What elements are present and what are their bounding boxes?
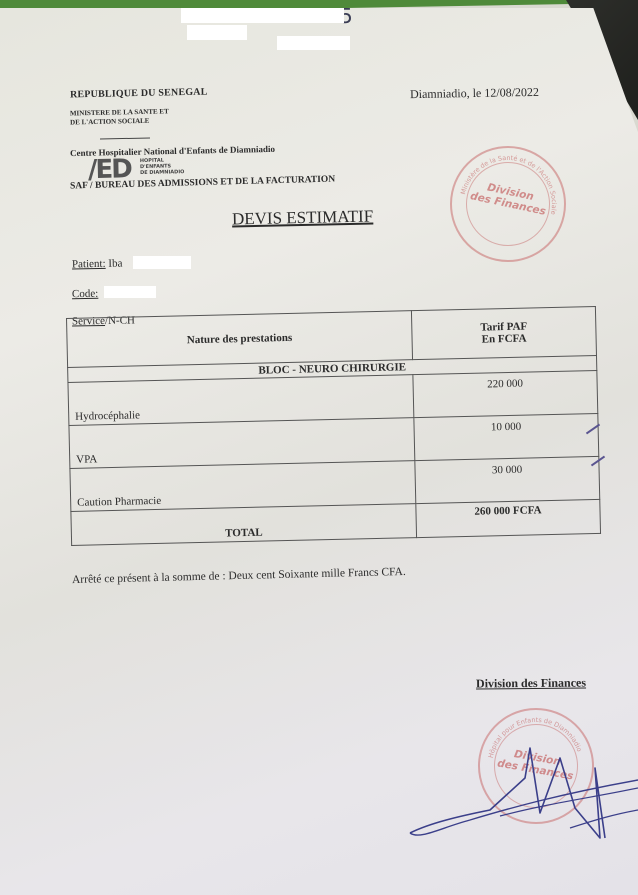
row-amount: 30 000	[415, 456, 600, 503]
code-field: Code:	[72, 288, 98, 300]
patient-value: Iba	[108, 258, 122, 270]
patient-field: Patient: Iba	[72, 258, 123, 271]
logo-text: HOPITAL D'ENFANTS DE DIAMNIADIO	[140, 157, 185, 176]
header-divider	[100, 137, 150, 139]
place-date: Diamniadio, le 12/08/2022	[410, 85, 539, 102]
total-label: TOTAL	[71, 504, 417, 546]
redaction-box	[187, 25, 247, 40]
document-title: DEVIS ESTIMATIF	[232, 207, 374, 230]
services-table: Nature des prestations Tarif PAF En FCFA…	[66, 306, 601, 546]
country-heading: REPUBLIQUE DU SENEGAL	[70, 87, 208, 101]
redaction-box	[104, 286, 156, 298]
amount-in-words: Arrêté ce présent à la somme de : Deux c…	[72, 566, 406, 586]
patient-label: Patient:	[72, 258, 106, 271]
document-paper: 5 T REPUBLIQUE DU SENEGAL MINISTERE DE L…	[0, 8, 638, 895]
code-label: Code:	[72, 288, 98, 300]
redaction-box	[133, 256, 191, 269]
redaction-box	[277, 36, 350, 50]
row-amount: 10 000	[414, 413, 599, 460]
header-nature: Nature des prestations	[67, 311, 413, 368]
ministry-heading: MINISTERE DE LA SANTE ET DE L'ACTION SOC…	[70, 107, 210, 128]
header-tarif: Tarif PAF En FCFA	[411, 306, 596, 359]
finance-stamp-icon: Ministère de la Santé et de l'Action Soc…	[439, 135, 577, 273]
row-amount: 220 000	[413, 370, 598, 417]
ministry-line-2: DE L'ACTION SOCIALE	[70, 116, 210, 128]
signature-icon	[400, 728, 638, 878]
signatory-title: Division des Finances	[476, 676, 586, 692]
total-amount: 260 000 FCFA	[416, 499, 601, 537]
